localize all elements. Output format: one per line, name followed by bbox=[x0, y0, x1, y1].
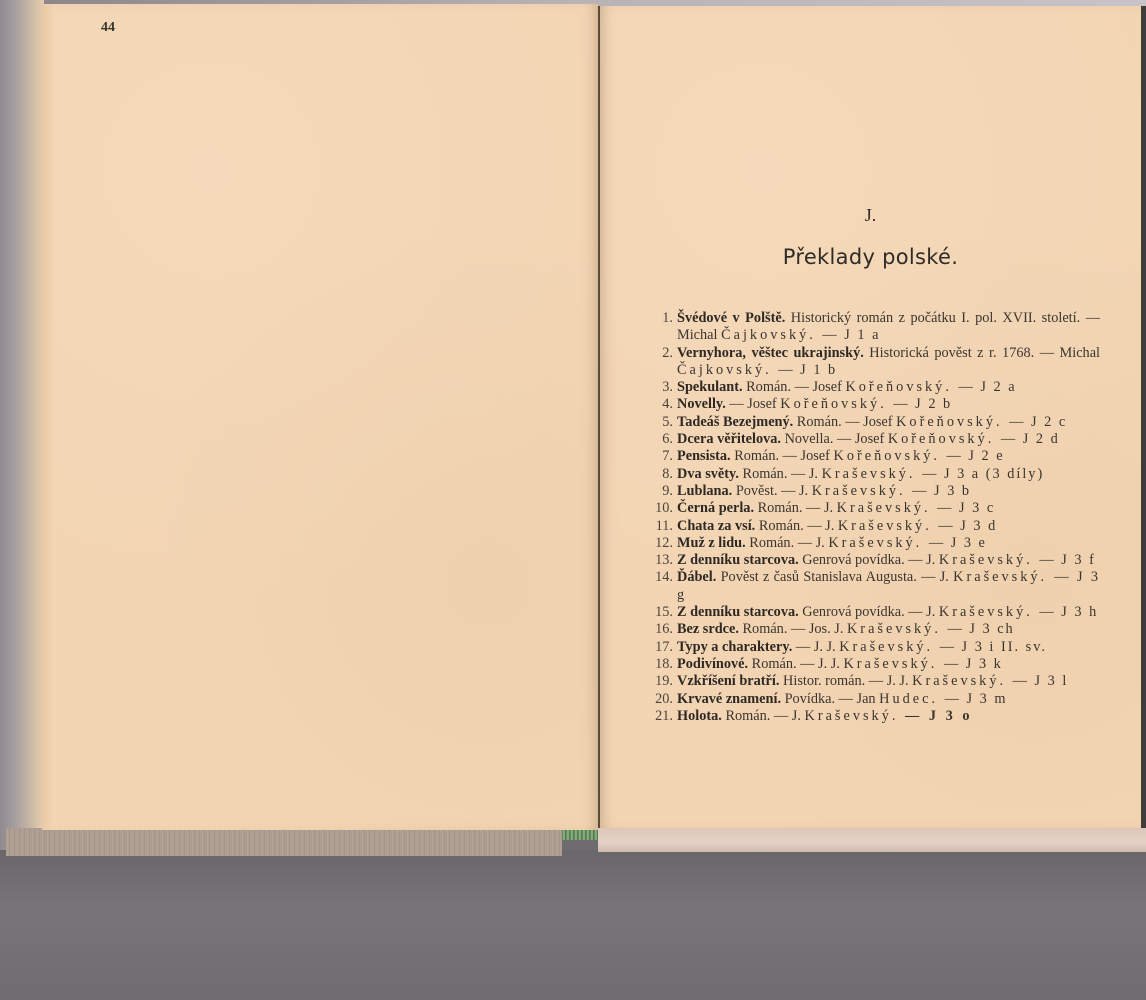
list-item: 4. Novelly. — Josef Kořeňovský. — J 2 b bbox=[652, 396, 1100, 413]
entry-title: Z denníku starcova. bbox=[677, 604, 802, 620]
entry-title: Krvavé znamení. bbox=[677, 691, 785, 707]
scanner-background-bottom bbox=[0, 850, 1146, 1000]
list-item: 14. Ďábel. Pověst z časů Stanislava Augu… bbox=[652, 569, 1100, 604]
entry-title: Z denníku starcova. bbox=[677, 552, 802, 568]
left-page: 44 bbox=[42, 4, 598, 830]
entry-number: 7. bbox=[652, 448, 673, 465]
entry-signature: — J 2 a bbox=[958, 379, 1016, 395]
entry-author-given-name: Jan bbox=[857, 691, 880, 707]
entry-author: Kraševský. bbox=[822, 466, 923, 482]
entry-author-given-name: J. bbox=[824, 500, 837, 516]
entry-description: Román. — bbox=[734, 448, 800, 464]
entry-description: — bbox=[729, 396, 747, 412]
entry-title: Novelly. bbox=[677, 396, 729, 412]
entry-description: Historická pověst z r. 1768. — bbox=[869, 345, 1059, 361]
chapter-letter: J. bbox=[600, 205, 1141, 226]
entry-signature: — J 2 d bbox=[1001, 431, 1060, 447]
entry-signature: — J 3 m bbox=[945, 691, 1008, 707]
entry-signature: — J 1 a bbox=[822, 327, 880, 343]
entry-title: Ďábel. bbox=[677, 569, 721, 585]
entry-author-given-name: Josef bbox=[855, 431, 888, 447]
entry-author: Kořeňovský. bbox=[896, 414, 1009, 430]
entry-number: 4. bbox=[652, 396, 673, 413]
entry-author-given-name: J. bbox=[926, 604, 939, 620]
entry-signature: — J 1 b bbox=[778, 362, 837, 378]
list-item: 9. Lublana. Pověst. — J. Kraševský. — J … bbox=[652, 483, 1100, 500]
entry-number: 3. bbox=[652, 379, 673, 396]
entry-title: Chata za vsí. bbox=[677, 518, 759, 534]
entry-title: Tadeáš Bezejmený. bbox=[677, 414, 797, 430]
list-item: 11. Chata za vsí. Román. — J. Kraševský.… bbox=[652, 518, 1100, 535]
entry-number: 9. bbox=[652, 483, 673, 500]
entry-author: Kraševský. bbox=[953, 569, 1054, 585]
list-item: 17. Typy a charaktery. — J. J. Kraševský… bbox=[652, 639, 1100, 656]
entry-author-given-name: Michal bbox=[1060, 345, 1101, 361]
entry-description: Román. — bbox=[752, 656, 818, 672]
list-item: 2. Vernyhora, věštec ukrajinský. Histori… bbox=[652, 345, 1100, 380]
entry-signature: — J 3 ch bbox=[947, 621, 1014, 637]
entry-number: 5. bbox=[652, 414, 673, 431]
entry-number: 13. bbox=[652, 552, 673, 569]
bibliography-list: 1. Švédové v Polště. Historický román z … bbox=[652, 310, 1100, 725]
entry-signature: — J 3 e bbox=[929, 535, 987, 551]
entry-number: 14. bbox=[652, 569, 673, 586]
right-page: J. Překlady polské. 1. Švédové v Polště.… bbox=[598, 6, 1141, 828]
list-item: 6. Dcera věřitelova. Novella. — Josef Ko… bbox=[652, 431, 1100, 448]
entry-description: Novella. — bbox=[785, 431, 855, 447]
entry-description: Román. — bbox=[746, 379, 812, 395]
entry-number: 18. bbox=[652, 656, 673, 673]
entry-title: Podivínové. bbox=[677, 656, 752, 672]
list-item: 21. Holota. Román. — J. Kraševský. — J 3… bbox=[652, 708, 1100, 725]
entry-title: Dva světy. bbox=[677, 466, 743, 482]
entry-author: Kraševský. bbox=[843, 656, 944, 672]
entry-description: Pověst z časů Stanislava Augusta. — bbox=[721, 569, 940, 585]
entry-title: Spekulant. bbox=[677, 379, 746, 395]
entry-number: 21. bbox=[652, 708, 673, 725]
entry-number: 20. bbox=[652, 691, 673, 708]
entry-title: Lublana. bbox=[677, 483, 736, 499]
entry-author: Kraševský. bbox=[939, 604, 1040, 620]
entry-author: Čajkovský. bbox=[721, 327, 822, 343]
entry-description: Román. — bbox=[758, 500, 824, 516]
entry-signature: — J 2 c bbox=[1009, 414, 1067, 430]
entry-author: Kořeňovský. bbox=[845, 379, 958, 395]
entry-description: Pověst. — bbox=[736, 483, 799, 499]
list-item: 16. Bez srdce. Román. — Jos. J. Kraševsk… bbox=[652, 621, 1100, 638]
entry-author: Kraševský. bbox=[912, 673, 1013, 689]
entry-description: Román. — bbox=[725, 708, 791, 724]
entry-number: 19. bbox=[652, 673, 673, 690]
entry-author-given-name: J. J. bbox=[887, 673, 912, 689]
entry-author-given-name: Josef bbox=[747, 396, 780, 412]
entry-title: Pensista. bbox=[677, 448, 734, 464]
entry-author-given-name: Michal bbox=[677, 327, 721, 343]
entry-title: Holota. bbox=[677, 708, 725, 724]
entry-description: Román. — bbox=[759, 518, 825, 534]
entry-author-given-name: J. bbox=[926, 552, 939, 568]
entry-description: Román. — bbox=[749, 535, 815, 551]
entry-author: Kraševský. bbox=[805, 708, 906, 724]
entry-title: Švédové v Polště. bbox=[677, 310, 791, 326]
entry-title: Vernyhora, věštec ukrajinský. bbox=[677, 345, 869, 361]
entry-number: 11. bbox=[652, 518, 673, 535]
entry-description: Povídka. — bbox=[785, 691, 857, 707]
entry-description: — bbox=[796, 639, 814, 655]
entry-number: 10. bbox=[652, 500, 673, 517]
entry-author-given-name: J. bbox=[809, 466, 822, 482]
entry-number: 12. bbox=[652, 535, 673, 552]
book-cover-left-edge bbox=[0, 0, 44, 860]
entry-author: Kraševský. bbox=[838, 518, 939, 534]
entry-title: Typy a charaktery. bbox=[677, 639, 796, 655]
entry-author-given-name: J. bbox=[799, 483, 812, 499]
list-item: 5. Tadeáš Bezejmený. Román. — Josef Koře… bbox=[652, 414, 1100, 431]
entry-number: 1. bbox=[652, 310, 673, 327]
entry-signature: — J 3 o bbox=[905, 708, 972, 724]
entry-author: Kraševský. bbox=[839, 639, 940, 655]
entry-author: Kraševský. bbox=[939, 552, 1040, 568]
entry-author-given-name: Josef bbox=[801, 448, 834, 464]
entry-author-given-name: J. bbox=[816, 535, 829, 551]
chapter-title: Překlady polské. bbox=[600, 245, 1141, 269]
book-cover-right-edge bbox=[598, 828, 1146, 852]
entry-description: Román. — bbox=[743, 621, 809, 637]
entry-description: Genrová povídka. — bbox=[802, 552, 926, 568]
list-item: 12. Muž z lidu. Román. — J. Kraševský. —… bbox=[652, 535, 1100, 552]
list-item: 19. Vzkříšení bratří. Histor. román. — J… bbox=[652, 673, 1100, 690]
entry-author-given-name: J. J. bbox=[818, 656, 843, 672]
entry-author: Hudec. bbox=[879, 691, 944, 707]
entry-author: Kraševský. bbox=[828, 535, 929, 551]
entry-author: Kraševský. bbox=[837, 500, 938, 516]
entry-signature: — J 3 k bbox=[944, 656, 1003, 672]
entry-signature: — J 3 b bbox=[912, 483, 971, 499]
entry-author-given-name: J. bbox=[825, 518, 838, 534]
entry-signature: — J 3 l bbox=[1013, 673, 1069, 689]
entry-signature: — J 2 e bbox=[947, 448, 1005, 464]
entry-author-given-name: Josef bbox=[863, 414, 896, 430]
entry-author-given-name: Jos. J. bbox=[809, 621, 847, 637]
list-item: 3. Spekulant. Román. — Josef Kořeňovský.… bbox=[652, 379, 1100, 396]
entry-author: Kořeňovský. bbox=[834, 448, 947, 464]
entry-author-given-name: J. J. bbox=[814, 639, 839, 655]
book-page-edges bbox=[6, 828, 562, 856]
list-item: 13. Z denníku starcova. Genrová povídka.… bbox=[652, 552, 1100, 569]
entry-signature: — J 3 c bbox=[937, 500, 995, 516]
entry-number: 16. bbox=[652, 621, 673, 638]
entry-title: Muž z lidu. bbox=[677, 535, 749, 551]
entry-signature: — J 3 f bbox=[1039, 552, 1096, 568]
entry-title: Černá perla. bbox=[677, 500, 758, 516]
entry-signature: — J 3 h bbox=[1039, 604, 1098, 620]
entry-signature: — J 3 d bbox=[938, 518, 997, 534]
entry-title: Vzkříšení bratří. bbox=[677, 673, 783, 689]
list-item: 8. Dva světy. Román. — J. Kraševský. — J… bbox=[652, 466, 1100, 483]
list-item: 18. Podivínové. Román. — J. J. Kraševský… bbox=[652, 656, 1100, 673]
entry-author: Kraševský. bbox=[812, 483, 913, 499]
entry-author: Kraševský. bbox=[847, 621, 948, 637]
entry-number: 17. bbox=[652, 639, 673, 656]
entry-author-given-name: J. bbox=[792, 708, 805, 724]
entry-number: 2. bbox=[652, 345, 673, 362]
entry-title: Dcera věřitelova. bbox=[677, 431, 785, 447]
entry-author: Kořeňovský. bbox=[888, 431, 1001, 447]
entry-signature: — J 3 a (3 díly) bbox=[922, 466, 1044, 482]
entry-description: Histor. román. — bbox=[783, 673, 887, 689]
entry-author: Čajkovský. bbox=[677, 362, 778, 378]
entry-number: 6. bbox=[652, 431, 673, 448]
entry-description: Román. — bbox=[743, 466, 809, 482]
list-item: 10. Černá perla. Román. — J. Kraševský. … bbox=[652, 500, 1100, 517]
entry-signature: — J 3 i II. sv. bbox=[940, 639, 1047, 655]
list-item: 15. Z denníku starcova. Genrová povídka.… bbox=[652, 604, 1100, 621]
page-number: 44 bbox=[101, 20, 115, 36]
entry-number: 15. bbox=[652, 604, 673, 621]
entry-author-given-name: Josef bbox=[812, 379, 845, 395]
entry-description: Genrová povídka. — bbox=[802, 604, 926, 620]
list-item: 20. Krvavé znamení. Povídka. — Jan Hudec… bbox=[652, 691, 1100, 708]
entry-author-given-name: J. bbox=[940, 569, 953, 585]
entry-number: 8. bbox=[652, 466, 673, 483]
list-item: 1. Švédové v Polště. Historický román z … bbox=[652, 310, 1100, 345]
list-item: 7. Pensista. Román. — Josef Kořeňovský. … bbox=[652, 448, 1100, 465]
page-right-edge bbox=[1141, 6, 1146, 828]
entry-title: Bez srdce. bbox=[677, 621, 743, 637]
entry-description: Román. — bbox=[797, 414, 863, 430]
entry-description: Historický román z počátku I. pol. XVII.… bbox=[791, 310, 1100, 326]
entry-signature: — J 2 b bbox=[893, 396, 952, 412]
entry-author: Kořeňovský. bbox=[780, 396, 893, 412]
